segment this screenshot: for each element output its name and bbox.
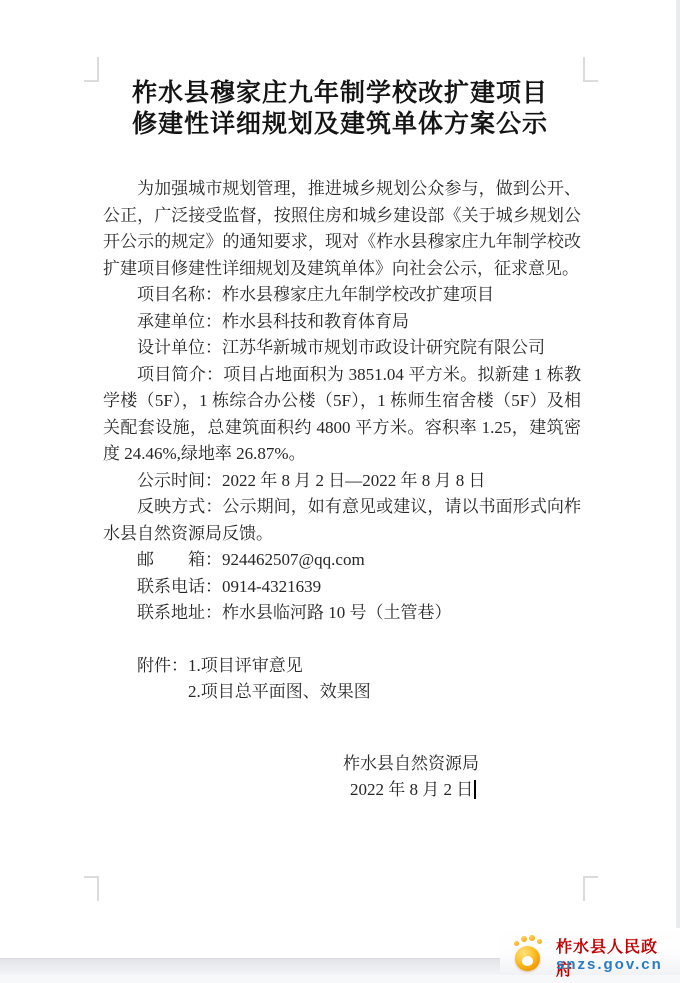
field-publicity-period: 公示时间：2022 年 8 月 2 日—2022 年 8 月 8 日: [103, 468, 581, 495]
document-page: 柞水县穆家庄九年制学校改扩建项目 修建性详细规划及建筑单体方案公示 为加强城市规…: [0, 0, 680, 983]
text-cursor: [474, 780, 476, 799]
document-title-line1: 柞水县穆家庄九年制学校改扩建项目: [60, 78, 620, 109]
footprint-toe-dot: [529, 935, 535, 941]
field-value: 柞水县临河路 10 号（土管巷）: [222, 603, 452, 622]
document-title: 柞水县穆家庄九年制学校改扩建项目 修建性详细规划及建筑单体方案公示: [60, 78, 620, 140]
field-builder-unit: 承建单位：柞水县科技和教育体育局: [103, 309, 581, 336]
attachment-list: 附件：1.项目评审意见 2.项目总平面图、效果图: [103, 653, 581, 706]
intro-paragraph: 为加强城市规划管理，推进城乡规划公众参与，做到公开、公正，广泛接受监督，按照住房…: [103, 176, 581, 282]
field-feedback-method: 反映方式：公示期间，如有意见或建议，请以书面形式向柞水县自然资源局反馈。: [103, 494, 581, 547]
field-label: 联系地址：: [137, 603, 222, 622]
field-label: 公示时间：: [137, 471, 222, 490]
signature-block: 柞水县自然资源局 2022 年 8 月 2 日: [103, 751, 581, 804]
field-value: 2022 年 8 月 2 日—2022 年 8 月 8 日: [222, 471, 486, 490]
government-site-badge[interactable]: 柞水县人民政府 snzs.gov.cn: [500, 928, 680, 975]
footprint-toe-dot: [537, 939, 542, 944]
field-label: 项目简介：: [137, 365, 223, 384]
signature-date: 2022 年 8 月 2 日: [350, 777, 581, 804]
attachment-item-1: 附件：1.项目评审意见: [103, 653, 581, 680]
field-label: 承建单位：: [137, 312, 222, 331]
government-url-link[interactable]: snzs.gov.cn: [556, 956, 674, 973]
field-label: 项目名称：: [137, 285, 222, 304]
footprint-toe-dot: [514, 941, 519, 946]
field-label: 设计单位：: [137, 338, 222, 357]
footprint-toe-dot: [521, 936, 527, 942]
field-label: 联系电话：: [137, 577, 222, 596]
email-address: 924462507@qq.com: [222, 550, 365, 569]
attachment-item-2: 2.项目总平面图、效果图: [103, 679, 581, 706]
field-project-brief: 项目简介：项目占地面积为 3851.04 平方米。拟新建 1 栋教学楼（5F），…: [103, 362, 581, 468]
field-email: 邮 箱：924462507@qq.com: [103, 547, 581, 574]
field-value: 江苏华新城市规划市政设计研究院有限公司: [222, 338, 545, 357]
margin-crop-mark-bottom-left: [84, 876, 99, 901]
field-design-unit: 设计单位：江苏华新城市规划市政设计研究院有限公司: [103, 335, 581, 362]
signature-organization: 柞水县自然资源局: [343, 751, 581, 778]
signature-date-text: 2022 年 8 月 2 日: [350, 780, 473, 799]
field-value: 柞水县科技和教育体育局: [222, 312, 409, 331]
field-label: 反映方式：: [137, 497, 222, 516]
footprint-logo-icon: [512, 933, 552, 973]
field-label: 邮 箱：: [137, 550, 222, 569]
margin-crop-mark-bottom-right: [583, 876, 598, 901]
field-project-name: 项目名称：柞水县穆家庄九年制学校改扩建项目: [103, 282, 581, 309]
field-address: 联系地址：柞水县临河路 10 号（土管巷）: [103, 600, 581, 627]
document-title-line2: 修建性详细规划及建筑单体方案公示: [60, 109, 620, 140]
footprint-heel-hole: [522, 956, 533, 966]
document-body: 为加强城市规划管理，推进城乡规划公众参与，做到公开、公正，广泛接受监督，按照住房…: [103, 176, 581, 804]
field-phone: 联系电话：0914-4321639: [103, 574, 581, 601]
phone-number: 0914-4321639: [222, 577, 321, 596]
page-edge-shadow: [676, 0, 680, 958]
field-value: 柞水县穆家庄九年制学校改扩建项目: [222, 285, 494, 304]
